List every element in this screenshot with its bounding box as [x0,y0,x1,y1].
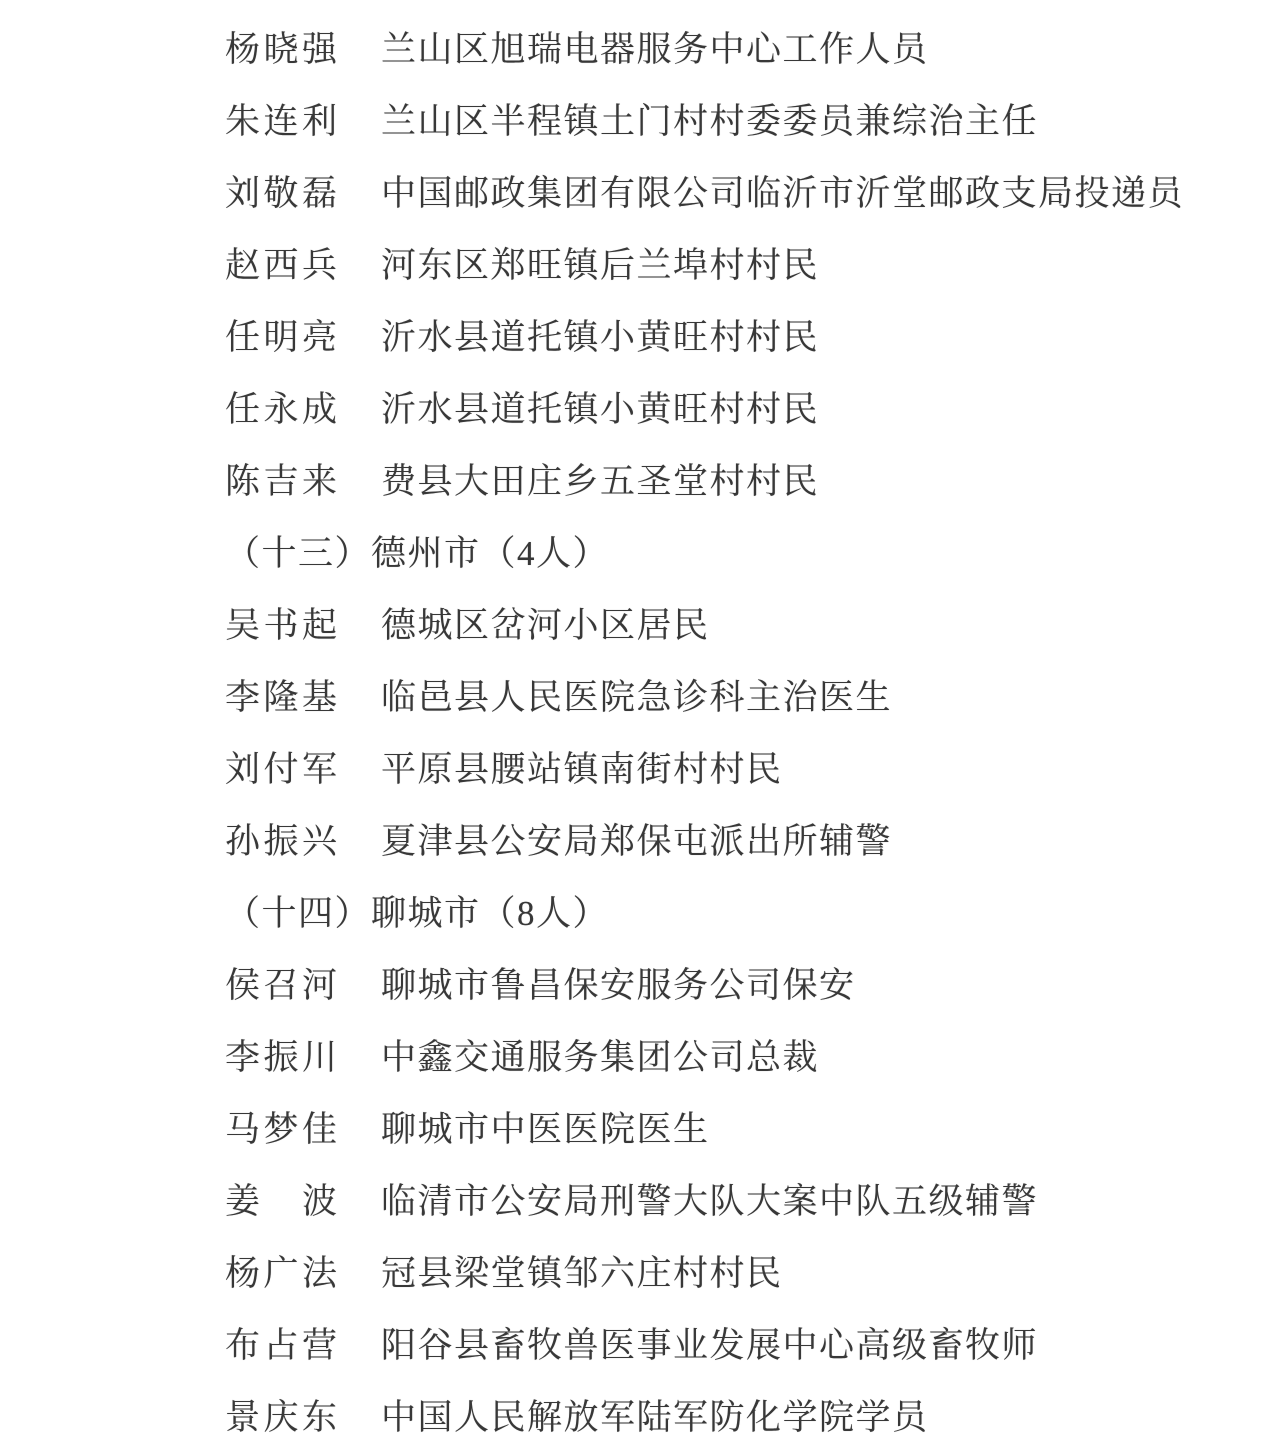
person-name: 侯召河 [225,958,381,1008]
person-name: 李振川 [225,1030,381,1080]
person-name: 姜 波 [225,1174,381,1224]
honor-roll-list: 杨晓强 兰山区旭瑞电器服务中心工作人员 朱连利 兰山区半程镇土门村村委委员兼综治… [225,11,1240,1451]
person-name: 布占营 [225,1318,381,1368]
list-row: 陈吉来 费县大田庄乡五圣堂村村民 [225,443,1240,515]
list-row: 赵西兵 河东区郑旺镇后兰埠村村民 [225,227,1240,299]
person-role: 费县大田庄乡五圣堂村村民 [381,454,819,504]
person-name: 孙振兴 [225,814,381,864]
person-name: 马梦佳 [225,1102,381,1152]
list-row: 刘付军 平原县腰站镇南街村村民 [225,731,1240,803]
section-header: （十四）聊城市（8人） [225,886,609,936]
person-name: 刘付军 [225,742,381,792]
person-name: 任明亮 [225,310,381,360]
person-role: 冠县梁堂镇邹六庄村村民 [381,1246,783,1296]
person-name: 李隆基 [225,670,381,720]
person-role: 临清市公安局刑警大队大案中队五级辅警 [381,1174,1038,1224]
person-role: 夏津县公安局郑保屯派出所辅警 [381,814,892,864]
person-role: 中国人民解放军陆军防化学院学员 [381,1390,929,1440]
list-row: 孙振兴 夏津县公安局郑保屯派出所辅警 [225,803,1240,875]
section-header: （十三）德州市（4人） [225,526,609,576]
list-row: 布占营 阳谷县畜牧兽医事业发展中心高级畜牧师 [225,1307,1240,1379]
section-row: （十四）聊城市（8人） [225,875,1240,947]
person-role: 兰山区半程镇土门村村委委员兼综治主任 [381,94,1038,144]
person-role: 聊城市鲁昌保安服务公司保安 [381,958,856,1008]
person-role: 中鑫交通服务集团公司总裁 [381,1030,819,1080]
list-row: 杨晓强 兰山区旭瑞电器服务中心工作人员 [225,11,1240,83]
person-name: 陈吉来 [225,454,381,504]
list-row: 任永成 沂水县道托镇小黄旺村村民 [225,371,1240,443]
person-role: 兰山区旭瑞电器服务中心工作人员 [381,22,929,72]
person-name: 赵西兵 [225,238,381,288]
section-row: （十三）德州市（4人） [225,515,1240,587]
person-role: 沂水县道托镇小黄旺村村民 [381,310,819,360]
person-role: 临邑县人民医院急诊科主治医生 [381,670,892,720]
list-row: 朱连利 兰山区半程镇土门村村委委员兼综治主任 [225,83,1240,155]
person-name: 刘敬磊 [225,166,381,216]
list-row: 李隆基 临邑县人民医院急诊科主治医生 [225,659,1240,731]
list-row: 李振川 中鑫交通服务集团公司总裁 [225,1019,1240,1091]
person-name: 杨广法 [225,1246,381,1296]
person-role: 德城区岔河小区居民 [381,598,710,648]
list-row: 任明亮 沂水县道托镇小黄旺村村民 [225,299,1240,371]
list-row: 刘敬磊 中国邮政集团有限公司临沂市沂堂邮政支局投递员 [225,155,1240,227]
person-name: 任永成 [225,382,381,432]
person-role: 沂水县道托镇小黄旺村村民 [381,382,819,432]
list-row: 马梦佳 聊城市中医医院医生 [225,1091,1240,1163]
person-role: 聊城市中医医院医生 [381,1102,710,1152]
list-row: 侯召河 聊城市鲁昌保安服务公司保安 [225,947,1240,1019]
person-role: 河东区郑旺镇后兰埠村村民 [381,238,819,288]
person-name: 吴书起 [225,598,381,648]
person-name: 景庆东 [225,1390,381,1440]
person-name: 朱连利 [225,94,381,144]
person-role: 阳谷县畜牧兽医事业发展中心高级畜牧师 [381,1318,1038,1368]
list-row: 景庆东 中国人民解放军陆军防化学院学员 [225,1379,1240,1451]
person-role: 平原县腰站镇南街村村民 [381,742,783,792]
list-row: 吴书起 德城区岔河小区居民 [225,587,1240,659]
list-row: 姜 波 临清市公安局刑警大队大案中队五级辅警 [225,1163,1240,1235]
person-name: 杨晓强 [225,22,381,72]
document-page: 杨晓强 兰山区旭瑞电器服务中心工作人员 朱连利 兰山区半程镇土门村村委委员兼综治… [0,0,1280,1456]
list-row: 杨广法 冠县梁堂镇邹六庄村村民 [225,1235,1240,1307]
person-role: 中国邮政集团有限公司临沂市沂堂邮政支局投递员 [381,166,1184,216]
